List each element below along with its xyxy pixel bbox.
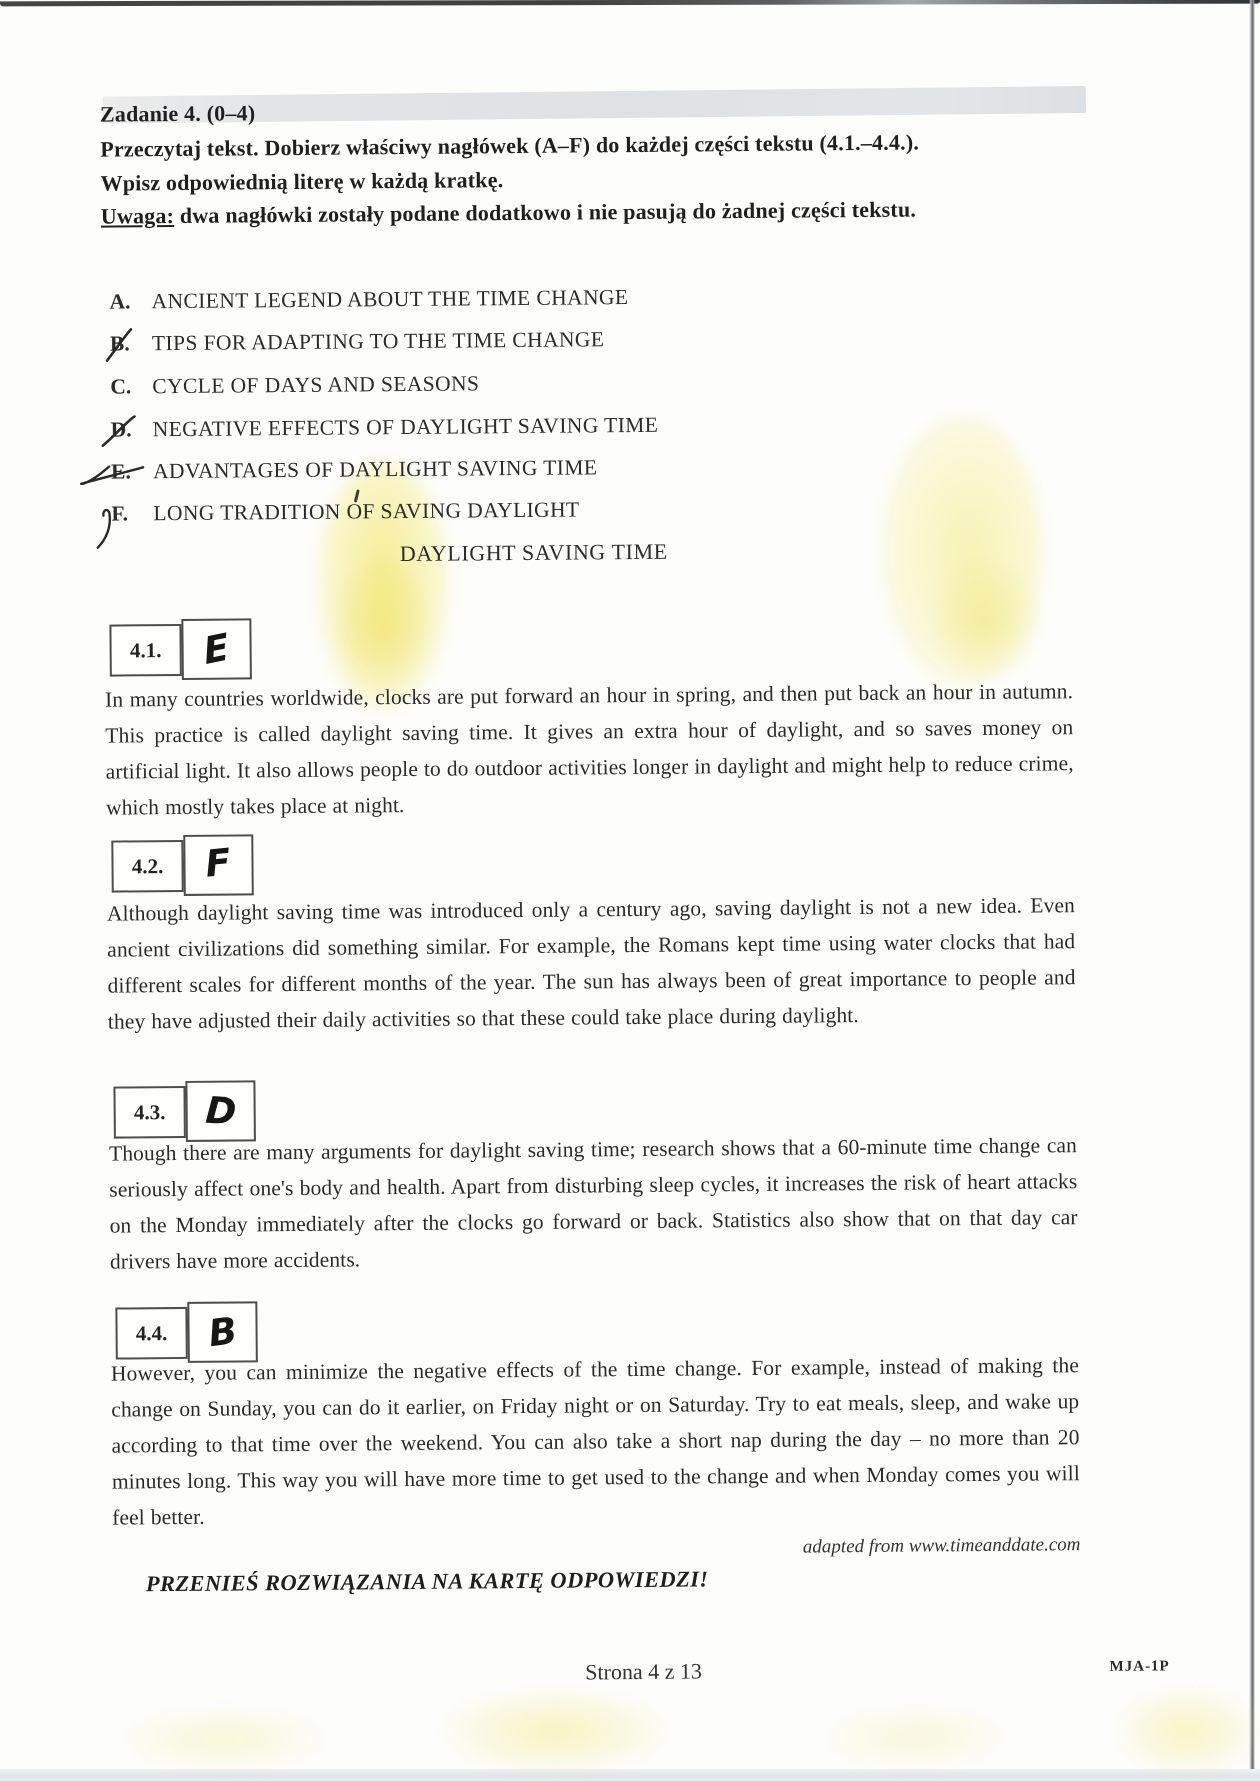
transfer-instruction: PRZENIEŚ ROZWIĄZANIA NA KARTĘ ODPOWIEDZI… (146, 1566, 709, 1597)
heading-text-a: ANCIENT LEGEND ABOUT THE TIME CHANGE (151, 285, 628, 313)
answer-box-4-1: 4.1. E (109, 618, 256, 681)
heading-text-e: ADVANTAGES OF DAYLIGHT SAVING TIME (153, 455, 598, 483)
answer-number-4-3: 4.3. (113, 1086, 185, 1139)
heading-option-b: B.TIPS FOR ADAPTING TO THE TIME CHANGE (110, 327, 605, 356)
handwritten-answer-4-3: D (204, 1092, 237, 1131)
heading-text-f: LONG TRADITION OF SAVING DAYLIGHT (153, 497, 579, 525)
heading-text-b: TIPS FOR ADAPTING TO THE TIME CHANGE (152, 327, 605, 355)
page-content: Zadanie 4. (0–4) Przeczytaj tekst. Dobie… (0, 0, 1260, 1781)
answer-cell-4-2: F (183, 834, 254, 896)
heading-option-e: E.ADVANTAGES OF DAYLIGHT SAVING TIME (111, 455, 598, 484)
task-label: Zadanie 4. (0–4) (100, 100, 256, 127)
handwritten-answer-4-1: E (202, 628, 232, 670)
paragraph-4-4: However, you can minimize the negative e… (111, 1347, 1081, 1535)
heading-letter-f: F. (111, 501, 153, 526)
answer-number-4-4: 4.4. (115, 1307, 187, 1360)
instruction-line-2: Wpisz odpowiednią literę w każdą kratkę. (100, 167, 503, 197)
pen-strike-icon (104, 327, 134, 363)
heading-option-c: C.CYCLE OF DAYS AND SEASONS (110, 371, 479, 399)
answer-number-4-1: 4.1. (109, 624, 181, 677)
handwritten-answer-4-2: F (204, 844, 233, 883)
pen-strike-icon (79, 465, 145, 486)
answer-number-4-2: 4.2. (111, 840, 183, 893)
heading-option-d: D.NEGATIVE EFFECTS OF DAYLIGHT SAVING TI… (111, 413, 659, 443)
note-line: Uwaga: dwa nagłówki zostały podane dodat… (101, 197, 916, 230)
text-title: DAYLIGHT SAVING TIME (104, 536, 964, 570)
source-attribution: adapted from www.timeanddate.com (612, 1534, 1080, 1560)
heading-letter-b: B. (110, 331, 152, 356)
heading-option-f: F.LONG TRADITION OF SAVING DAYLIGHT (111, 497, 579, 526)
answer-box-4-2: 4.2. F (111, 834, 258, 897)
heading-letter-e: E. (111, 459, 153, 484)
heading-letter-a: A. (109, 289, 151, 314)
answer-cell-4-3: D (185, 1080, 256, 1142)
paragraph-4-3: Though there are many arguments for dayl… (109, 1127, 1078, 1279)
heading-option-a: A.ANCIENT LEGEND ABOUT THE TIME CHANGE (109, 285, 628, 315)
heading-letter-c: C. (110, 374, 152, 399)
page-number: Strona 4 z 13 (493, 1658, 793, 1687)
scanned-exam-page: Zadanie 4. (0–4) Przeczytaj tekst. Dobie… (0, 0, 1260, 1781)
heading-text-c: CYCLE OF DAYS AND SEASONS (152, 371, 479, 398)
exam-code: MJA-1P (1109, 1658, 1169, 1676)
handwritten-answer-4-4: B (206, 1312, 239, 1352)
pen-strike-icon (101, 415, 137, 449)
heading-text-d: NEGATIVE EFFECTS OF DAYLIGHT SAVING TIME (153, 413, 659, 441)
answer-cell-4-1: E (181, 618, 252, 680)
note-label: Uwaga: (101, 203, 175, 229)
heading-letter-d: D. (111, 417, 153, 442)
paragraph-4-2: Although daylight saving time was introd… (107, 887, 1076, 1039)
instruction-line-1: Przeczytaj tekst. Dobierz właściwy nagłó… (100, 130, 919, 163)
note-text: dwa nagłówki zostały podane dodatkowo i … (174, 197, 916, 228)
paragraph-4-1: In many countries worldwide, clocks are … (105, 673, 1074, 825)
